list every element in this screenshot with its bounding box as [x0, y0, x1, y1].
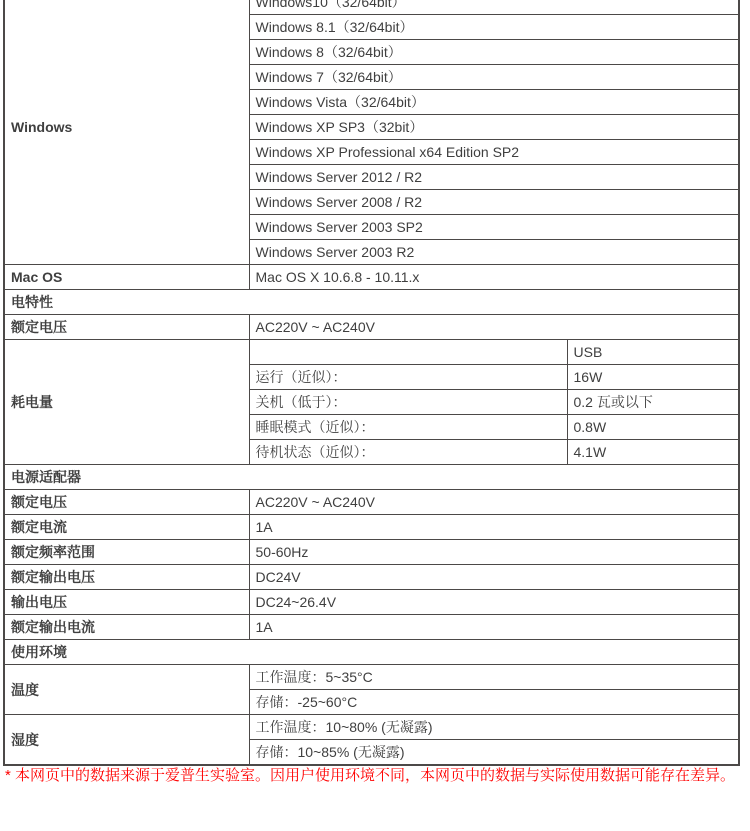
section-header-row: 电源适配器	[4, 465, 739, 490]
windows-version-cell: Windows10（32/64bit）	[249, 0, 739, 15]
power-consumption-spacer-cell	[249, 340, 567, 365]
power-mode-label-cell: 睡眠模式（近似）：	[249, 415, 567, 440]
adapter-spec-value-cell: 1A	[249, 615, 739, 640]
adapter-spec-label-cell: 输出电压	[4, 590, 249, 615]
adapter-spec-label-cell: 额定频率范围	[4, 540, 249, 565]
adapter-spec-label-cell: 额定输出电流	[4, 615, 249, 640]
power-consumption-label-cell: 耗电量	[4, 340, 249, 465]
table-row: 额定电压 AC220V ~ AC240V	[4, 490, 739, 515]
spec-table-container: Windows Windows10（32/64bit） Windows 8.1（…	[3, 0, 740, 766]
table-row: 额定电流 1A	[4, 515, 739, 540]
adapter-spec-value-cell: 50-60Hz	[249, 540, 739, 565]
humidity-label-cell: 湿度	[4, 715, 249, 766]
windows-version-cell: Windows XP Professional x64 Edition SP2	[249, 140, 739, 165]
temperature-value-cell: 存储：-25~60°C	[249, 690, 739, 715]
table-row: 额定频率范围 50-60Hz	[4, 540, 739, 565]
mac-os-value-cell: Mac OS X 10.6.8 - 10.11.x	[249, 265, 739, 290]
lab-data-disclaimer: * 本网页中的数据来源于爱普生实验室。因用户使用环境不同，本网页中的数据与实际使…	[5, 767, 747, 785]
mac-os-label-cell: Mac OS	[4, 265, 249, 290]
windows-version-cell: Windows Server 2003 R2	[249, 240, 739, 265]
power-mode-label-cell: 待机状态（近似）：	[249, 440, 567, 465]
windows-version-cell: Windows XP SP3（32bit）	[249, 115, 739, 140]
rated-voltage-value-cell: AC220V ~ AC240V	[249, 315, 739, 340]
table-row: 输出电压 DC24~26.4V	[4, 590, 739, 615]
table-row: 额定输出电流 1A	[4, 615, 739, 640]
windows-version-cell: Windows Server 2003 SP2	[249, 215, 739, 240]
table-row: Mac OS Mac OS X 10.6.8 - 10.11.x	[4, 265, 739, 290]
windows-label-cell: Windows	[4, 0, 249, 265]
adapter-spec-value-cell: DC24~26.4V	[249, 590, 739, 615]
power-mode-value-cell: 4.1W	[567, 440, 739, 465]
spec-page: Windows Windows10（32/64bit） Windows 8.1（…	[0, 0, 750, 831]
interface-header-cell: USB	[567, 340, 739, 365]
table-row: 额定电压 AC220V ~ AC240V	[4, 315, 739, 340]
spec-table: Windows Windows10（32/64bit） Windows 8.1（…	[3, 0, 740, 766]
power-mode-label-cell: 关机（低于）：	[249, 390, 567, 415]
temperature-value-cell: 工作温度：5~35°C	[249, 665, 739, 690]
humidity-value-cell: 工作温度：10~80% (无凝露)	[249, 715, 739, 740]
adapter-spec-value-cell: DC24V	[249, 565, 739, 590]
power-mode-value-cell: 16W	[567, 365, 739, 390]
rated-voltage-label-cell: 额定电压	[4, 315, 249, 340]
power-mode-label-cell: 运行（近似）：	[249, 365, 567, 390]
electrical-section-header: 电特性	[4, 290, 739, 315]
windows-version-cell: Windows Vista（32/64bit）	[249, 90, 739, 115]
windows-version-cell: Windows 7（32/64bit）	[249, 65, 739, 90]
windows-version-cell: Windows Server 2012 / R2	[249, 165, 739, 190]
table-row: 湿度 工作温度：10~80% (无凝露)	[4, 715, 739, 740]
power-mode-value-cell: 0.2 瓦或以下	[567, 390, 739, 415]
table-row: 温度 工作温度：5~35°C	[4, 665, 739, 690]
windows-version-cell: Windows Server 2008 / R2	[249, 190, 739, 215]
adapter-spec-value-cell: AC220V ~ AC240V	[249, 490, 739, 515]
section-header-row: 电特性	[4, 290, 739, 315]
table-row: Windows Windows10（32/64bit）	[4, 0, 739, 15]
temperature-label-cell: 温度	[4, 665, 249, 715]
adapter-spec-label-cell: 额定电压	[4, 490, 249, 515]
adapter-spec-label-cell: 额定输出电压	[4, 565, 249, 590]
adapter-spec-label-cell: 额定电流	[4, 515, 249, 540]
table-row: 额定输出电压 DC24V	[4, 565, 739, 590]
environment-section-header: 使用环境	[4, 640, 739, 665]
section-header-row: 使用环境	[4, 640, 739, 665]
windows-version-cell: Windows 8.1（32/64bit）	[249, 15, 739, 40]
humidity-value-cell: 存储：10~85% (无凝露)	[249, 740, 739, 766]
windows-version-cell: Windows 8（32/64bit）	[249, 40, 739, 65]
adapter-spec-value-cell: 1A	[249, 515, 739, 540]
power-mode-value-cell: 0.8W	[567, 415, 739, 440]
power-adapter-section-header: 电源适配器	[4, 465, 739, 490]
table-row: 耗电量 USB	[4, 340, 739, 365]
